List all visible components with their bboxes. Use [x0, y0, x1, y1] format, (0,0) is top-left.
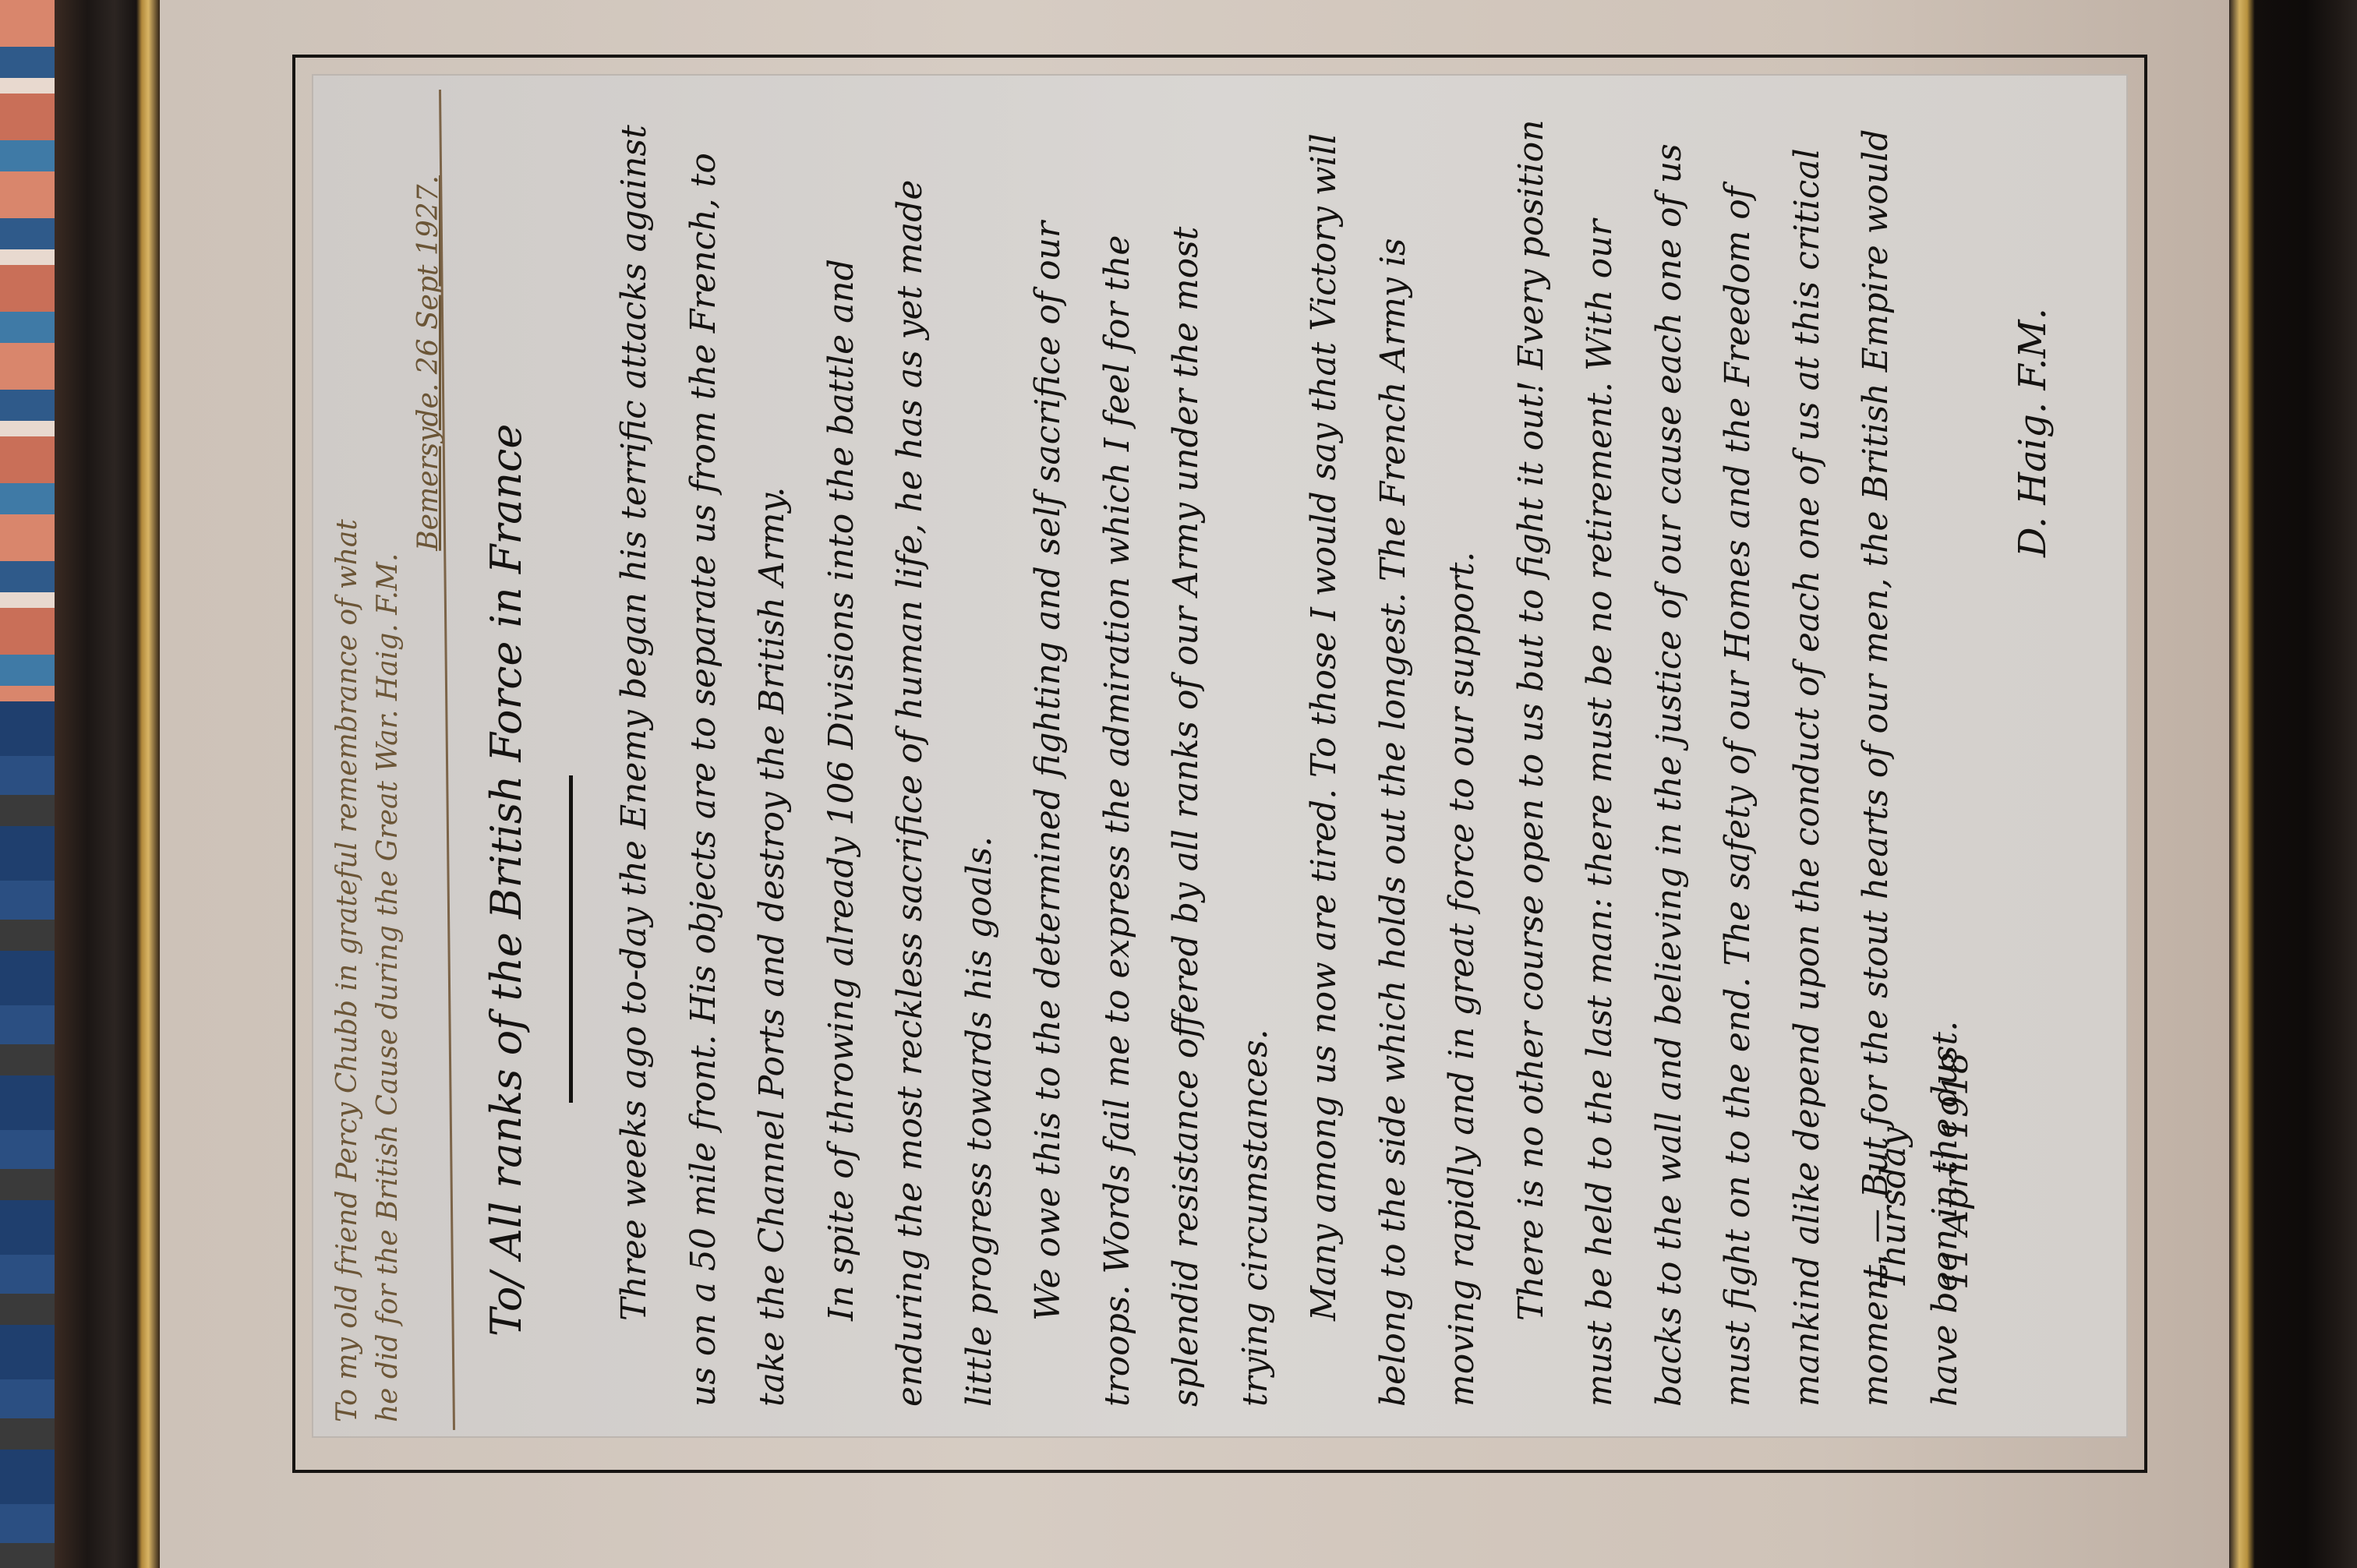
paragraph-3: We owe this to the determined fighting a…: [1014, 113, 1290, 1407]
dedication-line-1: To my old friend Percy Chubb in grateful…: [327, 82, 368, 1422]
paragraph-2: In spite of throwing already 106 Divisio…: [807, 113, 1015, 1407]
handwritten-letter: To my old friend Percy Chubb in grateful…: [312, 74, 2128, 1438]
paragraph-1: Three weeks ago to-day the Enemy began h…: [600, 113, 807, 1407]
dedication-line-2: he did for the British Cause during the …: [368, 82, 408, 1422]
title-underline: [569, 775, 573, 1103]
letter-title: To/ All ranks of the British Force in Fr…: [479, 424, 534, 1337]
paragraph-4: Many among us now are tired. To those I …: [1290, 113, 1497, 1407]
letter-date: 11 April 1918: [1925, 1052, 1988, 1290]
letter-signature: D. Haig. F.M.: [2011, 308, 2055, 557]
cushion-background: [0, 701, 62, 1568]
picture-frame-right-edge: [2229, 0, 2357, 1568]
picture-frame-left-edge: [55, 0, 164, 1568]
dedication-inscription: To my old friend Percy Chubb in grateful…: [327, 82, 449, 1422]
letter-day: Thursday: [1863, 1052, 1925, 1290]
letter-date-block: Thursday 11 April 1918: [1863, 1052, 1988, 1290]
letter-body: Three weeks ago to-day the Enemy began h…: [600, 113, 1980, 1407]
